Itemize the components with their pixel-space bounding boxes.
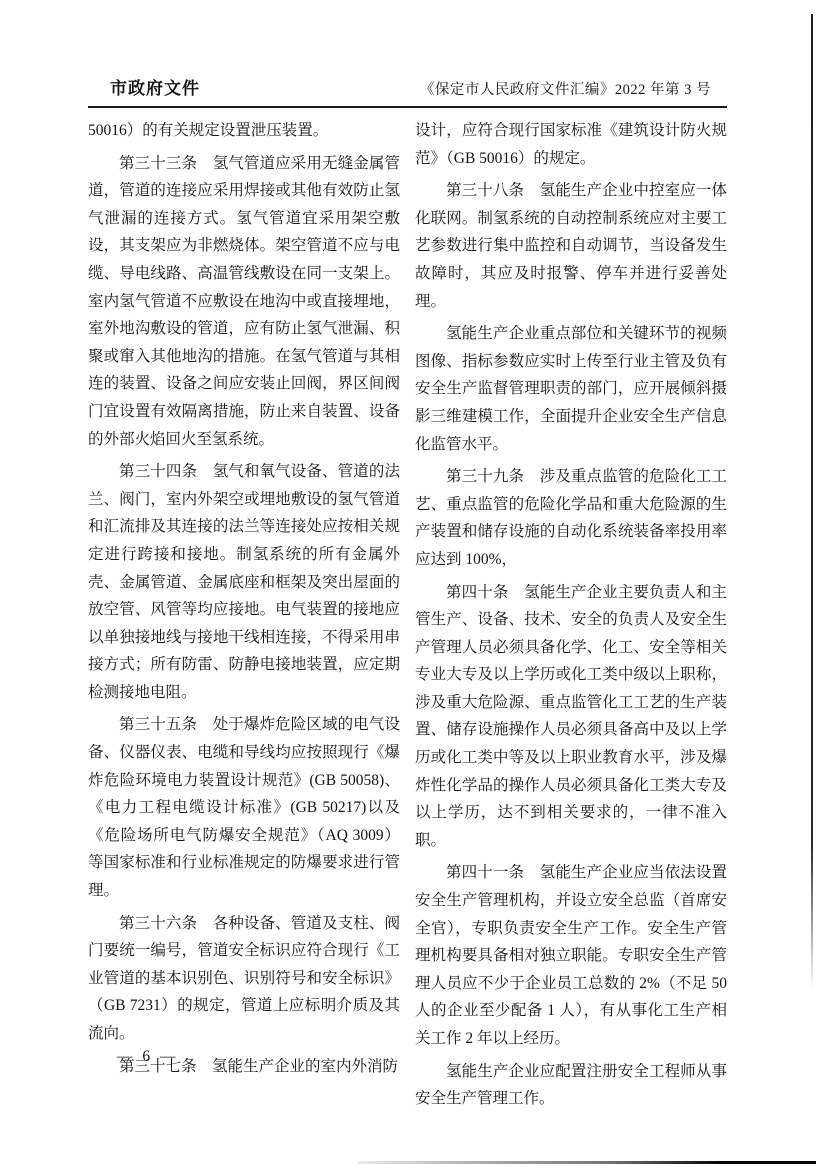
text-column-left: 50016）的有关规定设置泄压装置。第三十三条 氢气管道应采用无缝金属管道，管道… <box>88 117 400 1113</box>
paragraph: 第三十四条 氢气和氧气设备、管道的法兰、阀门，室内外架空或埋地敷设的氢气管道和汇… <box>88 458 400 706</box>
document-body: 50016）的有关规定设置泄压装置。第三十三条 氢气管道应采用无缝金属管道，管道… <box>88 117 727 1113</box>
paragraph: 第三十八条 氢能生产企业中控室应一体化联网。制氢系统的自动控制系统应对主要工艺参… <box>415 177 727 315</box>
paragraph: 氢能生产企业重点部位和关键环节的视频图像、指标参数应实时上传至行业主管及负有安全… <box>415 320 727 458</box>
page-number: — 6 — <box>117 1048 179 1066</box>
paragraph: 第三十六条 各种设备、管道及支柱、阀门要统一编号，管道安全标识应符合现行《工业管… <box>88 910 400 1048</box>
paragraph: 第三十九条 涉及重点监管的危险化工工艺、重点监管的危险化学品和重大危险源的生产装… <box>415 463 727 573</box>
paragraph: 设计，应符合现行国家标准《建筑设计防火规范》（GB 50016）的规定。 <box>415 117 727 172</box>
paragraph: 氢能生产企业应配置注册安全工程师从事安全生产管理工作。 <box>415 1058 727 1113</box>
paragraph: 第四十条 氢能生产企业主要负责人和主管生产、设备、技术、安全的负责人及安全生产管… <box>415 579 727 855</box>
page-header: 市政府文件 《保定市人民政府文件汇编》2022 年第 3 号 <box>88 0 727 108</box>
paragraph: 第三十五条 处于爆炸危险区域的电气设备、仪器仪表、电缆和导线均应按照现行《爆炸危… <box>88 711 400 904</box>
document-page: 市政府文件 《保定市人民政府文件汇编》2022 年第 3 号 50016）的有关… <box>0 0 816 1166</box>
header-document-category: 市政府文件 <box>110 74 200 99</box>
paragraph: 第三十三条 氢气管道应采用无缝金属管道，管道的连接应采用焊接或其他有效防止氢气泄… <box>88 150 400 454</box>
paragraph: 50016）的有关规定设置泄压装置。 <box>88 117 400 145</box>
header-publication-info: 《保定市人民政府文件汇编》2022 年第 3 号 <box>420 78 711 99</box>
text-column-right: 设计，应符合现行国家标准《建筑设计防火规范》（GB 50016）的规定。第三十八… <box>415 117 727 1113</box>
scan-artifact-right-edge-line <box>811 14 813 990</box>
scan-artifact-bottom-edge-line <box>358 1161 816 1164</box>
paragraph: 第四十一条 氢能生产企业应当依法设置安全生产管理机构，并设立安全总监（首席安全官… <box>415 859 727 1052</box>
